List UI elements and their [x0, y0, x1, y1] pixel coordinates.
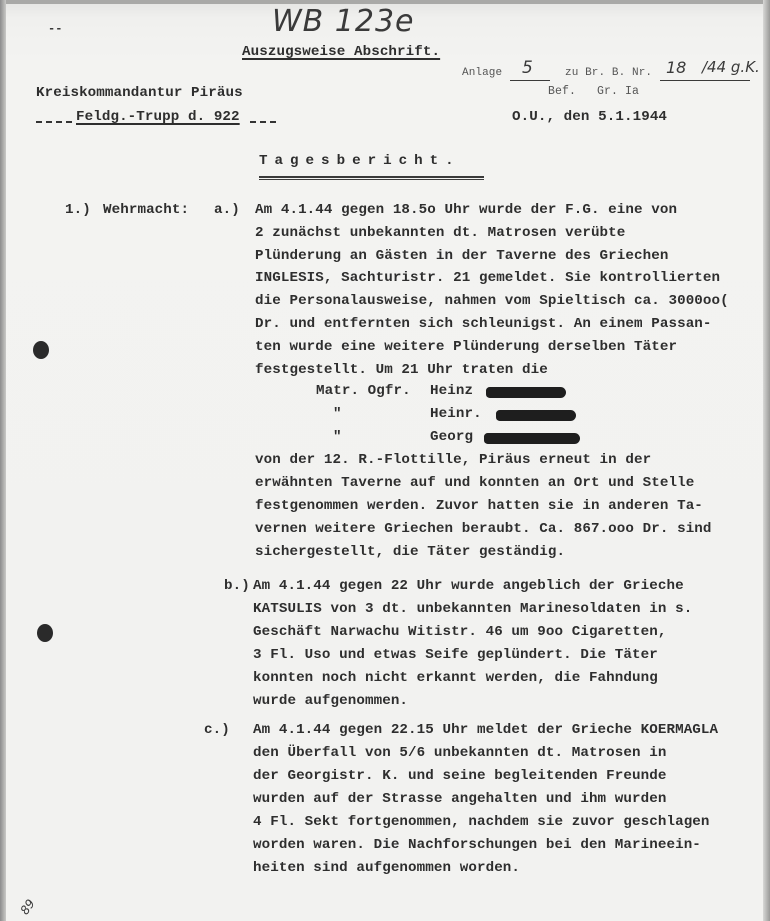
paragraph-line: worden waren. Die Nachforschungen bei de…	[253, 837, 701, 853]
paragraph-line: Am 4.1.44 gegen 18.5o Uhr wurde der F.G.…	[255, 202, 677, 218]
paragraph-line: konnten noch nicht erkannt werden, die F…	[253, 670, 658, 686]
page-edge-left	[0, 0, 6, 921]
department-label: Bef. Gr. Ia	[548, 85, 639, 98]
paragraph-line: ten wurde eine weitere Plünderung dersel…	[255, 339, 677, 355]
person-first-name: Heinr.	[430, 406, 482, 422]
paragraph-line: 4 Fl. Sekt fortgenommen, nachdem sie zuv…	[253, 814, 710, 830]
paragraph-line: die Personalausweise, nahmen vom Spielti…	[255, 293, 729, 309]
annex-number-handwritten: 5	[522, 58, 533, 78]
archive-mark-handwritten: WB 123e	[272, 4, 415, 39]
sender-subunit-dashes-right	[250, 118, 276, 123]
redacted-surname	[486, 387, 566, 398]
reference-number-line	[660, 80, 750, 81]
paragraph-line: KATSULIS von 3 dt. unbekannten Marinesol…	[253, 601, 692, 617]
report-heading: Tagesbericht.	[259, 153, 461, 169]
document-page: -- WB 123e Auszugsweise Abschrift. Anlag…	[0, 0, 770, 921]
paragraph-line: vernen weitere Griechen beraubt. Ca. 867…	[255, 521, 712, 537]
report-heading-underline-2	[259, 179, 484, 180]
paragraph-line: festgenommen werden. Zuvor hatten sie in…	[255, 498, 703, 514]
person-rank: Matr. Ogfr.	[316, 383, 411, 399]
reference-suffix-handwritten: /44 g.K.	[702, 58, 760, 76]
item-a-marker: a.)	[214, 202, 240, 218]
annex-number-line	[510, 80, 550, 81]
punch-hole-upper	[33, 341, 49, 359]
paragraph-line: Am 4.1.44 gegen 22 Uhr wurde angeblich d…	[253, 578, 684, 594]
paragraph-line: heiten sind aufgenommen worden.	[253, 860, 520, 876]
paragraph-line: wurden auf der Strasse angehalten und ih…	[253, 791, 666, 807]
paragraph-line: 2 zunächst unbekannten dt. Matrosen verü…	[255, 225, 625, 241]
paragraph-line: INGLESIS, Sachturistr. 21 gemeldet. Sie …	[255, 270, 720, 286]
paragraph-line: festgestellt. Um 21 Uhr traten die	[255, 362, 548, 378]
paragraph-line: 3 Fl. Uso und etwas Seife geplündert. Di…	[253, 647, 658, 663]
page-corner-mark: 89	[18, 897, 38, 918]
sender-subunit: Feldg.-Trupp d. 922	[76, 109, 240, 125]
sender-unit: Kreiskommandantur Piräus	[36, 85, 243, 101]
paragraph-line: den Überfall von 5/6 unbekannten dt. Mat…	[253, 745, 666, 761]
item-b-marker: b.)	[224, 578, 250, 594]
person-rank-ditto: "	[333, 406, 342, 422]
section-number: 1.)	[65, 202, 91, 218]
person-rank-ditto: "	[333, 429, 342, 445]
paragraph-line: Plünderung an Gästen in der Taverne des …	[255, 248, 668, 264]
punch-hole-lower	[37, 624, 53, 642]
place-and-date: O.U., den 5.1.1944	[512, 109, 667, 125]
section-label: Wehrmacht:	[103, 202, 189, 218]
paragraph-line: der Georgistr. K. und seine begleitenden…	[253, 768, 666, 784]
paragraph-line: von der 12. R.-Flottille, Piräus erneut …	[255, 452, 651, 468]
paragraph-line: wurde aufgenommen.	[253, 693, 408, 709]
reference-label: zu Br. B. Nr.	[565, 67, 652, 79]
document-title: Auszugsweise Abschrift.	[242, 44, 440, 60]
reference-number-handwritten: 18	[666, 58, 686, 77]
paragraph-line: sichergestellt, die Täter geständig.	[255, 544, 565, 560]
person-first-name: Heinz	[430, 383, 473, 399]
redacted-surname	[496, 410, 576, 421]
paragraph-line: Dr. und entfernten sich schleunigst. An …	[255, 316, 712, 332]
report-heading-underline	[259, 176, 484, 178]
paragraph-line: Geschäft Narwachu Witistr. 46 um 9oo Cig…	[253, 624, 666, 640]
redacted-surname	[484, 433, 580, 444]
person-first-name: Georg	[430, 429, 473, 445]
paragraph-line: Am 4.1.44 gegen 22.15 Uhr meldet der Gri…	[253, 722, 718, 738]
sender-subunit-dashes-left	[36, 118, 72, 123]
item-c-marker: c.)	[204, 722, 230, 738]
page-edge-right	[763, 0, 770, 921]
annex-label: Anlage	[462, 67, 502, 79]
top-left-mark: --	[48, 22, 63, 36]
paragraph-line: erwähnten Taverne auf und konnten an Ort…	[255, 475, 694, 491]
